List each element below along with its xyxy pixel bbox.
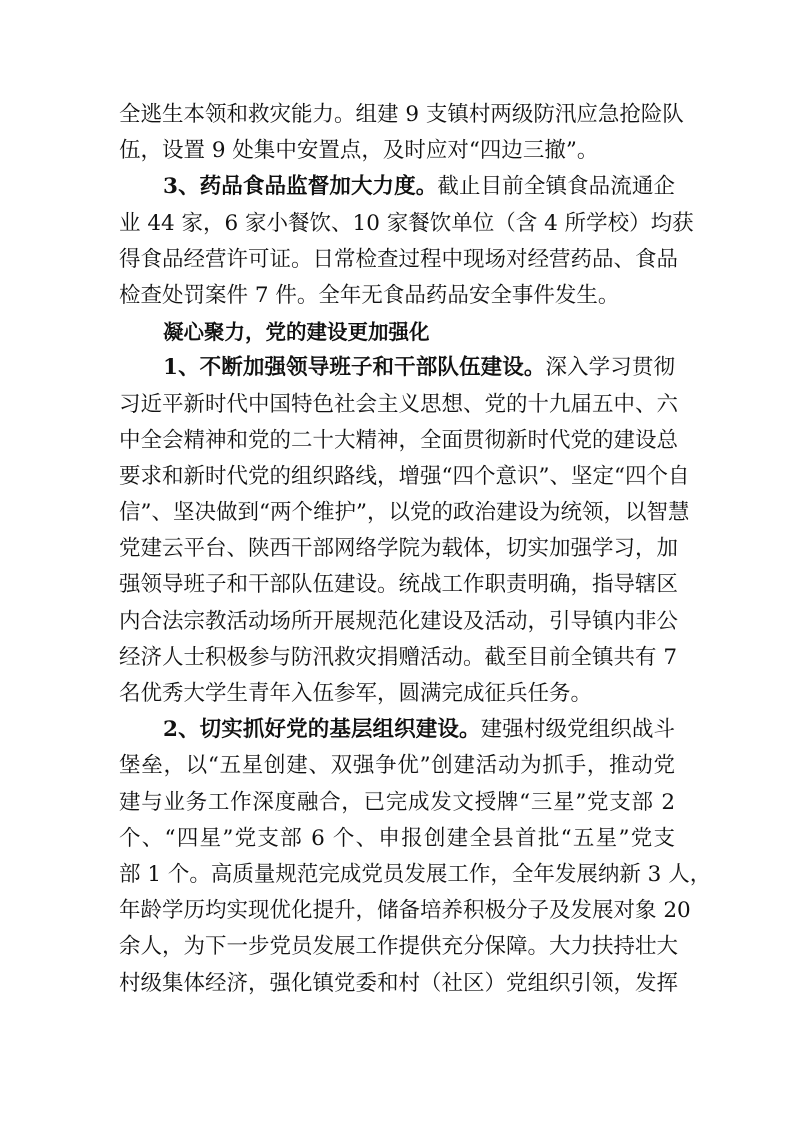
body-line: 要求和新时代党的组织路线，增强“四个意识”、坚定“四个自 <box>119 459 675 495</box>
item-text: 截止目前全镇食品流通企 <box>437 174 675 199</box>
body-line: 个、“四星”党支部 6 个、申报创建全县首批“五星”党支 <box>119 821 675 857</box>
item-text: 建强村级党组织战斗 <box>481 717 675 742</box>
body-line: 信”、坚决做到“两个维护”，以党的政治建设为统领，以智慧 <box>119 495 675 531</box>
body-line: 建与业务工作深度融合，已完成发文授牌“三星”党支部 2 <box>119 785 675 821</box>
item-title: 3、药品食品监督加大力度。 <box>163 174 437 199</box>
body-line: 党建云平台、陕西干部网络学院为载体，切实加强学习，加 <box>119 531 675 567</box>
body-line: 名优秀大学生青年入伍参军，圆满完成征兵任务。 <box>119 676 675 712</box>
body-line: 全逃生本领和救灾能力。组建 9 支镇村两级防汛应急抢险队 <box>119 97 675 133</box>
body-line: 内合法宗教活动场所开展规范化建设及活动，引导镇内非公 <box>119 604 675 640</box>
body-line: 业 44 家，6 家小餐饮、10 家餐饮单位（含 4 所学校）均获 <box>119 206 675 242</box>
section-heading: 凝心聚力，党的建设更加强化 <box>119 314 675 350</box>
body-line: 年龄学历均实现优化提升，储备培养积极分子及发展对象 20 <box>119 893 675 929</box>
body-line: 得食品经营许可证。日常检查过程中现场对经营药品、食品 <box>119 242 675 278</box>
section-item-1: 1、不断加强领导班子和干部队伍建设。深入学习贯彻 <box>119 350 675 386</box>
section-item-3: 3、药品食品监督加大力度。截止目前全镇食品流通企 <box>119 169 675 205</box>
body-line: 伍，设置 9 处集中安置点，及时应对“四边三撤”。 <box>119 133 675 169</box>
section-item-2: 2、切实抓好党的基层组织建设。建强村级党组织战斗 <box>119 712 675 748</box>
body-line: 村级集体经济，强化镇党委和村（社区）党组织引领，发挥 <box>119 966 675 1002</box>
body-line: 检查处罚案件 7 件。全年无食品药品安全事件发生。 <box>119 278 675 314</box>
document-page: 全逃生本领和救灾能力。组建 9 支镇村两级防汛应急抢险队 伍，设置 9 处集中安… <box>119 97 675 1002</box>
item-title: 2、切实抓好党的基层组织建设。 <box>163 717 481 742</box>
body-line: 习近平新时代中国特色社会主义思想、党的十九届五中、六 <box>119 387 675 423</box>
body-line: 中全会精神和党的二十大精神，全面贯彻新时代党的建设总 <box>119 423 675 459</box>
body-line: 余人，为下一步党员发展工作提供充分保障。大力扶持壮大 <box>119 929 675 965</box>
item-title: 1、不断加强领导班子和干部队伍建设。 <box>163 355 545 380</box>
body-line: 经济人士积极参与防汛救灾捐赠活动。截至目前全镇共有 7 <box>119 640 675 676</box>
body-line: 强领导班子和干部队伍建设。统战工作职责明确，指导辖区 <box>119 567 675 603</box>
body-line: 堡垒，以“五星创建、双强争优”创建活动为抓手，推动党 <box>119 748 675 784</box>
item-text: 深入学习贯彻 <box>545 355 675 380</box>
body-line: 部 1 个。高质量规范完成党员发展工作，全年发展纳新 3 人， <box>119 857 675 893</box>
